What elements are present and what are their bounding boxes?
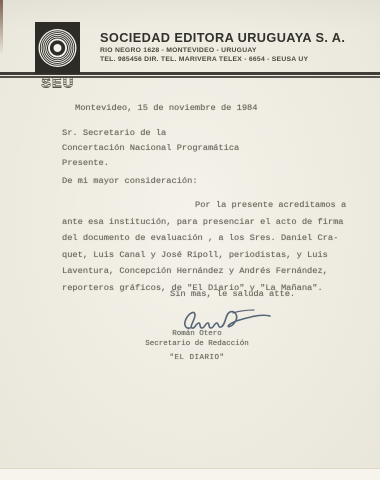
closing-line: Sin mas, le saluda atte. [170,289,295,299]
recipient-line: Concertación Nacional Programática [62,141,239,156]
letter-body: Por la presente acreditamos a ante esa i… [62,197,354,296]
salutation: De mi mayor consideración: [62,176,198,186]
signer-name: Román Otero [122,330,272,340]
svg-text:SEU: SEU [41,75,74,91]
date-line: Montevideo, 15 de noviembre de 1984 [75,103,257,113]
signer-organization: "EL DIARIO" [122,354,272,364]
scanned-letter-page: SEU SOCIEDAD EDITORA URUGUAYA S. A. RIO … [0,0,380,480]
company-name: SOCIEDAD EDITORA URUGUAYA S. A. [100,30,345,45]
body-line: del documento de evaluación , a los Sres… [62,230,354,247]
scan-edge-artifact [0,0,3,55]
body-line: quet, Luis Canal y José Ripoll, periodis… [62,247,354,264]
signer-title: Secretario de Redacción [122,340,272,350]
scan-edge-artifact [0,468,380,480]
body-line: Por la presente acreditamos a [62,197,354,214]
recipient-line: Presente. [62,156,239,171]
company-address: RIO NEGRO 1628 - MONTEVIDEO - URUGUAY [100,47,257,54]
company-contact: TEL. 985456 DIR. TEL. MARIVERA TELEX - 6… [100,56,308,63]
recipient-line: Sr. Secretario de la [62,126,239,141]
signature-block: Román Otero Secretario de Redacción "EL … [122,330,272,364]
body-line: Laventura, Concepción Hernández y Andrés… [62,263,354,280]
record-disc-icon [35,22,80,74]
seu-logo [35,22,80,74]
body-line: ante esa institución, para presenciar el… [62,214,354,231]
seu-logo-letters: SEU [34,73,82,93]
recipient-block: Sr. Secretario de la Concertación Nacion… [62,126,239,171]
